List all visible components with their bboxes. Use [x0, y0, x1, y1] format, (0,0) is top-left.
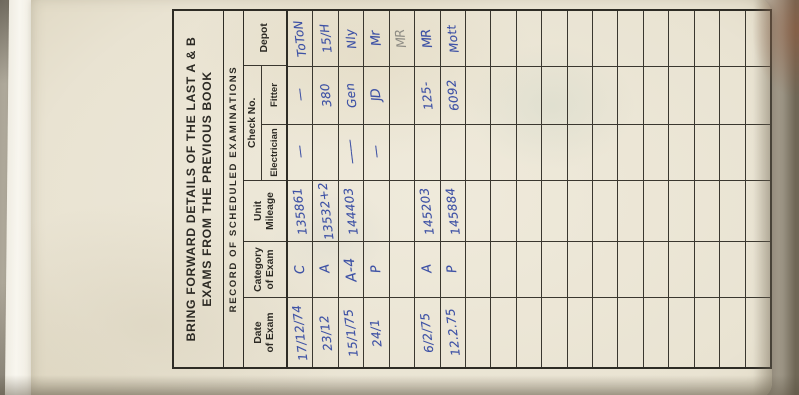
rotated-form: BRING FORWARD DETAILS OF THE LAST A & B …	[172, 9, 772, 369]
cell-mileage	[695, 180, 719, 241]
cell-mileage	[466, 180, 490, 241]
table-row	[517, 11, 542, 367]
cell-mileage	[568, 180, 592, 241]
cell-electrician	[313, 124, 337, 180]
handwritten-entry: P	[445, 265, 461, 274]
cell-mileage	[491, 180, 515, 241]
cell-mileage	[517, 180, 541, 241]
cell-electrician: —	[364, 124, 388, 180]
cell-fitter: JD	[364, 66, 388, 124]
handwritten-entry: ——	[342, 140, 360, 166]
table-row	[618, 11, 643, 367]
handwritten-entry: Nly	[343, 28, 359, 50]
handwritten-entry: 23/12	[316, 314, 334, 352]
cell-fitter	[720, 66, 744, 124]
cell-date	[669, 297, 693, 367]
handwritten-entry: 125-	[419, 81, 436, 111]
handwritten-entry: 144403	[341, 187, 361, 236]
cell-mileage	[644, 180, 668, 241]
cell-depot	[618, 11, 642, 66]
handwritten-entry: Mott	[444, 24, 461, 54]
header-category-of-exam: Category of Exam	[244, 241, 286, 297]
cell-date	[720, 297, 744, 367]
cell-mileage	[720, 180, 744, 241]
cell-electrician: ——	[339, 124, 363, 180]
cell-date: 15/1/75	[339, 297, 363, 367]
cell-category: A	[415, 241, 439, 297]
cell-date	[568, 297, 592, 367]
handwritten-entry: —	[292, 146, 308, 160]
handwritten-entry: 145884	[443, 187, 463, 236]
table-body: 17/12/74 C 135861 — — ToToN 23/12 A 1353…	[288, 11, 770, 367]
table-header-row: Date of Exam Category of Exam Unit Milea…	[244, 11, 288, 367]
cell-category	[593, 241, 617, 297]
header-check-no-subcolumns: Electrician Fitter	[262, 66, 286, 180]
cell-date	[644, 297, 668, 367]
cell-fitter	[618, 66, 642, 124]
table-row	[695, 11, 720, 367]
cell-depot: Mr	[364, 11, 388, 66]
cell-date: 12.2.75	[441, 297, 465, 367]
cell-date	[517, 297, 541, 367]
handwritten-entry: 6092	[444, 79, 462, 112]
handwritten-entry: C	[292, 265, 308, 275]
cell-mileage: 144403	[339, 180, 363, 241]
cell-electrician: —	[288, 124, 312, 180]
handwritten-entry: MR	[419, 29, 436, 49]
handwritten-entry: 6/2/75	[418, 312, 437, 354]
handwritten-entry: A	[318, 265, 334, 275]
cell-date	[618, 297, 642, 367]
cell-electrician	[491, 124, 515, 180]
cell-depot	[466, 11, 490, 66]
cell-category	[695, 241, 719, 297]
handwritten-entry: MR	[393, 29, 410, 49]
cell-electrician	[390, 124, 414, 180]
cell-depot	[568, 11, 592, 66]
cell-fitter: —	[288, 66, 312, 124]
cell-mileage: 13532+2	[313, 180, 337, 241]
cell-fitter	[695, 66, 719, 124]
handwritten-entry: 15/1/75	[341, 308, 361, 358]
cell-fitter	[593, 66, 617, 124]
cell-date: 17/12/74	[288, 297, 312, 367]
cell-electrician	[466, 124, 490, 180]
cell-mileage	[542, 180, 566, 241]
cell-category	[390, 241, 414, 297]
cell-date	[390, 297, 414, 367]
cell-category: P	[364, 241, 388, 297]
table-row: MR	[390, 11, 415, 367]
logbook-page: BRING FORWARD DETAILS OF THE LAST A & B …	[31, 0, 772, 395]
handwritten-entry: A-4	[342, 256, 361, 282]
cell-depot	[669, 11, 693, 66]
table-row: 24/1 P — JD Mr	[364, 11, 389, 367]
cell-date	[466, 297, 490, 367]
cell-depot: Mott	[441, 11, 465, 66]
cell-category: P	[441, 241, 465, 297]
handwritten-entry: Gen	[343, 82, 360, 109]
cell-date	[491, 297, 515, 367]
form-subtitle: RECORD OF SCHEDULED EXAMINATIONS	[224, 11, 244, 367]
cell-fitter	[568, 66, 592, 124]
form-title-line2: EXAMS FROM THE PREVIOUS BOOK	[200, 71, 214, 306]
cell-fitter	[390, 66, 414, 124]
cell-mileage: 145884	[441, 180, 465, 241]
cell-depot	[593, 11, 617, 66]
cell-depot	[695, 11, 719, 66]
header-unit-mileage: Unit Mileage	[244, 180, 286, 241]
cell-fitter	[517, 66, 541, 124]
table-row: 23/12 A 13532+2 380 15/H	[313, 11, 338, 367]
cell-mileage	[618, 180, 642, 241]
cell-electrician	[415, 124, 439, 180]
table-row: 6/2/75 A 145203 125- MR	[415, 11, 440, 367]
cell-category	[517, 241, 541, 297]
cell-mileage: 145203	[415, 180, 439, 241]
cell-mileage	[390, 180, 414, 241]
cell-depot: ToToN	[288, 11, 312, 66]
handwritten-entry: A	[419, 265, 435, 275]
handwritten-entry: 12.2.75	[443, 308, 463, 357]
table-row	[491, 11, 516, 367]
cell-category	[542, 241, 566, 297]
cell-depot: Nly	[339, 11, 363, 66]
handwritten-entry: JD	[368, 89, 384, 103]
cell-category	[466, 241, 490, 297]
cell-date: 24/1	[364, 297, 388, 367]
handwritten-entry: 17/12/74	[290, 304, 311, 362]
cell-mileage	[669, 180, 693, 241]
table-row	[466, 11, 491, 367]
handwritten-entry: P	[369, 265, 385, 274]
table-row	[644, 11, 669, 367]
table-row	[720, 11, 745, 367]
handwritten-entry: 24/1	[368, 318, 385, 348]
handwritten-entry: 13532+2	[315, 181, 336, 240]
table-row	[593, 11, 618, 367]
cell-fitter: 125-	[415, 66, 439, 124]
page-stack-edge	[753, 0, 799, 395]
cell-category	[669, 241, 693, 297]
cell-date	[593, 297, 617, 367]
cell-category	[568, 241, 592, 297]
cell-mileage	[593, 180, 617, 241]
cell-category: C	[288, 241, 312, 297]
cell-electrician	[720, 124, 744, 180]
form-title: BRING FORWARD DETAILS OF THE LAST A & B …	[174, 11, 224, 367]
cell-date: 23/12	[313, 297, 337, 367]
form-title-line1: BRING FORWARD DETAILS OF THE LAST A & B	[184, 37, 198, 342]
header-fitter: Fitter	[262, 66, 286, 124]
header-date-of-exam: Date of Exam	[244, 297, 286, 367]
handwritten-entry: 380	[317, 83, 334, 108]
cell-depot	[720, 11, 744, 66]
cell-electrician	[669, 124, 693, 180]
cell-category	[491, 241, 515, 297]
cell-fitter	[491, 66, 515, 124]
cell-date: 6/2/75	[415, 297, 439, 367]
cell-mileage	[364, 180, 388, 241]
cell-depot: MR	[390, 11, 414, 66]
handwritten-entry: 135861	[290, 187, 310, 236]
photo-bottom-shadow	[0, 375, 799, 395]
handwritten-entry: Mr	[368, 30, 385, 46]
handwritten-entry: 15/H	[317, 23, 334, 54]
cell-category: A-4	[339, 241, 363, 297]
table-row: 17/12/74 C 135861 — — ToToN	[288, 11, 313, 367]
handwritten-entry: —	[292, 89, 308, 103]
cell-depot: MR	[415, 11, 439, 66]
cell-electrician	[644, 124, 668, 180]
cell-depot	[644, 11, 668, 66]
header-check-no: Check No.	[244, 66, 262, 180]
cell-electrician	[568, 124, 592, 180]
cell-depot: 15/H	[313, 11, 337, 66]
cell-fitter: 380	[313, 66, 337, 124]
header-depot: Depot	[244, 11, 286, 65]
cell-electrician	[593, 124, 617, 180]
cell-category	[644, 241, 668, 297]
cell-electrician	[517, 124, 541, 180]
cell-category	[720, 241, 744, 297]
handwritten-entry: —	[368, 146, 384, 160]
cell-depot	[491, 11, 515, 66]
handwritten-entry: 145203	[417, 187, 437, 236]
table-row: 12.2.75 P 145884 6092 Mott	[441, 11, 466, 367]
cell-fitter: Gen	[339, 66, 363, 124]
cell-electrician	[618, 124, 642, 180]
table-row	[542, 11, 567, 367]
header-check-no-group: Check No. Electrician Fitter	[244, 65, 286, 180]
cell-electrician	[441, 124, 465, 180]
cell-depot	[542, 11, 566, 66]
cell-fitter	[644, 66, 668, 124]
table-row: 15/1/75 A-4 144403 —— Gen Nly	[339, 11, 364, 367]
table-row	[568, 11, 593, 367]
cell-date	[542, 297, 566, 367]
cell-mileage: 135861	[288, 180, 312, 241]
header-electrician: Electrician	[262, 124, 286, 180]
exam-record-table: BRING FORWARD DETAILS OF THE LAST A & B …	[172, 9, 772, 369]
cell-electrician	[695, 124, 719, 180]
cell-fitter	[669, 66, 693, 124]
cell-date	[695, 297, 719, 367]
handwritten-entry: ToToN	[291, 19, 309, 57]
cell-category: A	[313, 241, 337, 297]
cell-electrician	[542, 124, 566, 180]
logbook-photo: BRING FORWARD DETAILS OF THE LAST A & B …	[0, 0, 799, 395]
cell-fitter: 6092	[441, 66, 465, 124]
cell-fitter	[542, 66, 566, 124]
cell-category	[618, 241, 642, 297]
table-row	[669, 11, 694, 367]
cell-fitter	[466, 66, 490, 124]
cell-depot	[517, 11, 541, 66]
